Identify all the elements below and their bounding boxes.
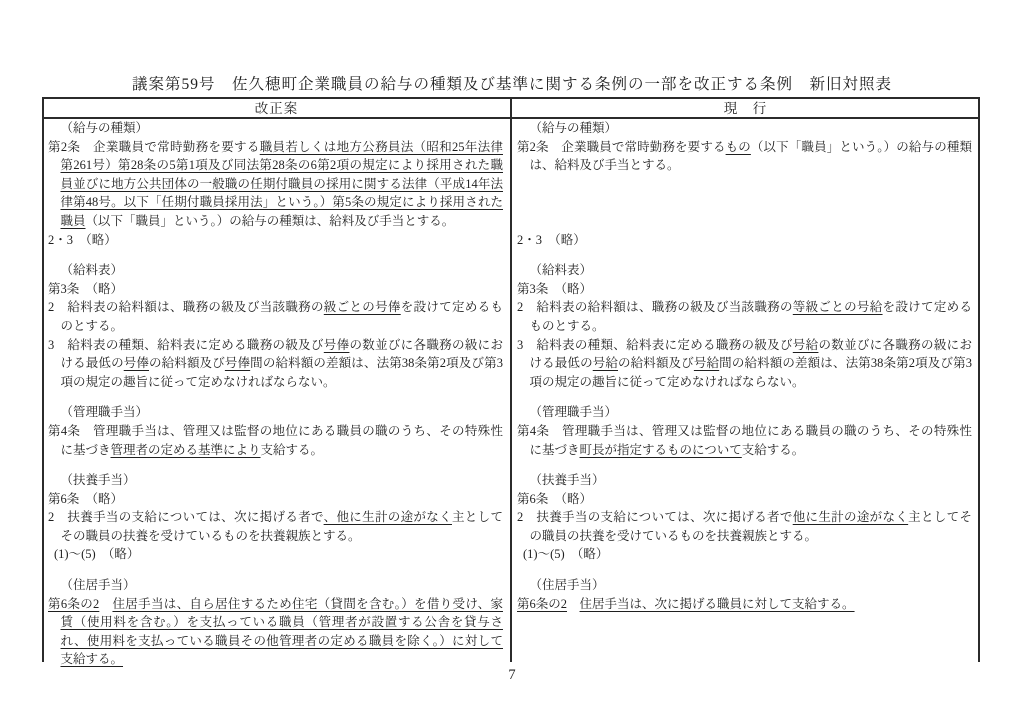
- amended-section-label-managerial-allowance: （管理職手当）: [42, 403, 511, 422]
- text-segment: 第2条 企業職員で常時勤務を要する: [517, 140, 726, 154]
- current-article3-item3: 3 給料表の種類、給料表に定める職務の級及び号給の数並びに各職務の級における最低…: [511, 336, 980, 392]
- amended-paragraphs-2-3-omitted: 2・3 （略）: [42, 231, 511, 250]
- table-row: （給料表） （給料表）: [42, 261, 980, 280]
- text-segment: 2・3 （略）: [48, 233, 117, 247]
- amended-article3-item2: 2 給料表の給料額は、職務の級及び当該職務の級ごとの号俸を設けて定めるものとする…: [42, 298, 511, 335]
- current-section-label-salary-table: （給料表）: [511, 261, 980, 280]
- current-article6-item2: 2 扶養手当の支給については、次に掲げる者で他に生計の途がなく主としてその職員の…: [511, 508, 980, 545]
- table-row: 第6条の2 住居手当は、自ら居住するため住宅（貸間を含む。）を借り受け、家賃（使…: [42, 595, 980, 669]
- text-segment: 第3条 （略）: [48, 282, 123, 296]
- text-segment: 2 給料表の給料額は、職務の級及び当該職務の: [48, 300, 324, 314]
- table-body: （給与の種類） （給与の種類） 第2条 企業職員で常時勤務を要する職員若しくは地…: [42, 97, 980, 669]
- revised-text-underlined: もの: [726, 140, 751, 154]
- revised-text-underlined: 住居手当は、次に掲げる職員に対して支給する。: [580, 597, 855, 611]
- text-segment: （住居手当）: [530, 578, 605, 592]
- revised-text-underlined: 、他に生計の途がなく: [324, 510, 452, 524]
- text-segment: の給料額及び: [618, 356, 694, 370]
- table-row: 第6条 （略） 第6条 （略）: [42, 490, 980, 509]
- text-segment: 2 給料表の給料額は、職務の級及び当該職務の: [517, 300, 793, 314]
- text-segment: （管理職手当）: [530, 405, 618, 419]
- amended-section-label-salary-table: （給料表）: [42, 261, 511, 280]
- text-segment: 3 給料表の種類、給料表に定める職務の級及び: [517, 338, 793, 352]
- document-page: 議案第59号 佐久穂町企業職員の給与の種類及び基準に関する条例の一部を改正する条…: [0, 0, 1024, 724]
- revised-text-underlined: 号給: [593, 356, 618, 370]
- table-row: 2 給料表の給料額は、職務の級及び当該職務の級ごとの号俸を設けて定めるものとする…: [42, 298, 980, 335]
- current-section-label-housing-allowance: （住居手当）: [511, 576, 980, 595]
- text-segment: 支給する。: [261, 443, 324, 457]
- revised-text-underlined: 他に生計の途がなく: [793, 510, 908, 524]
- text-segment: 2 扶養手当の支給については、次に掲げる者で: [517, 510, 793, 524]
- revised-text-underlined: 号俸: [324, 338, 350, 352]
- text-segment: (1)～(5) （略）: [54, 547, 139, 561]
- revised-text-underlined: 第6条の2: [48, 597, 99, 611]
- revised-text-underlined: 号給: [793, 338, 819, 352]
- table-row: （扶養手当） （扶養手当）: [42, 471, 980, 490]
- current-paragraphs-2-3-omitted: 2・3 （略）: [511, 231, 980, 250]
- amended-section-label-salary-types: （給与の種類）: [42, 119, 511, 138]
- table-row: 第2条 企業職員で常時勤務を要する職員若しくは地方公務員法（昭和25年法律第26…: [42, 138, 980, 231]
- table-row: （給与の種類） （給与の種類）: [42, 119, 980, 138]
- current-section-label-dependent-allowance: （扶養手当）: [511, 471, 980, 490]
- current-article2-paragraph: 第2条 企業職員で常時勤務を要するもの（以下「職員」という。）の給与の種類は、給…: [511, 138, 980, 231]
- revised-text-underlined: 等級ごとの号給: [793, 300, 883, 314]
- text-segment: （給料表）: [530, 263, 593, 277]
- text-segment: 支給する。: [742, 443, 805, 457]
- text-segment: の給料額及び: [149, 356, 225, 370]
- text-segment: 2 扶養手当の支給については、次に掲げる者で: [48, 510, 324, 524]
- text-segment: 第6条 （略）: [517, 492, 592, 506]
- text-segment: 2・3 （略）: [517, 233, 586, 247]
- revised-text-underlined: 町長が指定するものについて: [580, 443, 742, 457]
- current-section-label-salary-types: （給与の種類）: [511, 119, 980, 138]
- current-items-1-5-omitted: (1)～(5) （略）: [511, 545, 980, 564]
- table-row: 2 扶養手当の支給については、次に掲げる者で、他に生計の途がなく主としてその職員…: [42, 508, 980, 545]
- comparison-table: 改正案 現 行 （給与の種類） （給与の種類） 第2条 企業職員で常時勤務を要す…: [42, 97, 980, 669]
- text-segment: [99, 597, 112, 611]
- current-article3-omitted: 第3条 （略）: [511, 280, 980, 299]
- text-segment: 3 給料表の種類、給料表に定める職務の級及び: [48, 338, 324, 352]
- table-row: （管理職手当） （管理職手当）: [42, 403, 980, 422]
- current-section-label-managerial-allowance: （管理職手当）: [511, 403, 980, 422]
- text-segment: (1)～(5) （略）: [523, 547, 608, 561]
- revised-text-underlined: 号俸: [124, 356, 149, 370]
- text-segment: 第3条 （略）: [517, 282, 592, 296]
- table-row: （住居手当） （住居手当）: [42, 576, 980, 595]
- current-article3-item2: 2 給料表の給料額は、職務の級及び当該職務の等級ごとの号給を設けて定めるものとす…: [511, 298, 980, 335]
- text-segment: （住居手当）: [61, 578, 136, 592]
- page-number: 7: [0, 667, 1024, 684]
- amended-items-1-5-omitted: (1)～(5) （略）: [42, 545, 511, 564]
- text-segment: （管理職手当）: [61, 405, 149, 419]
- text-segment: 第2条 企業職員で常時勤務を要する: [48, 140, 260, 154]
- revised-text-underlined: 第6条の2: [517, 597, 567, 611]
- text-segment: （扶養手当）: [61, 473, 136, 487]
- revised-text-underlined: 号給: [694, 356, 719, 370]
- current-article4-paragraph: 第4条 管理職手当は、管理又は監督の地位にある職員の職のうち、その特殊性に基づき…: [511, 422, 980, 459]
- document-title: 議案第59号 佐久穂町企業職員の給与の種類及び基準に関する条例の一部を改正する条…: [0, 72, 1024, 94]
- text-segment: （給料表）: [61, 263, 124, 277]
- current-article6-2-paragraph: 第6条の2 住居手当は、次に掲げる職員に対して支給する。: [511, 595, 980, 669]
- amended-article6-2-paragraph: 第6条の2 住居手当は、自ら居住するため住宅（貸間を含む。）を借り受け、家賃（使…: [42, 595, 511, 669]
- table-row: 2・3 （略） 2・3 （略）: [42, 231, 980, 250]
- current-article6-omitted: 第6条 （略）: [511, 490, 980, 509]
- table-row: (1)～(5) （略） (1)～(5) （略）: [42, 545, 980, 564]
- text-segment: （給与の種類）: [530, 121, 618, 135]
- text-segment: （扶養手当）: [530, 473, 605, 487]
- amended-article2-paragraph: 第2条 企業職員で常時勤務を要する職員若しくは地方公務員法（昭和25年法律第26…: [42, 138, 511, 231]
- amended-section-label-housing-allowance: （住居手当）: [42, 576, 511, 595]
- amended-article6-omitted: 第6条 （略）: [42, 490, 511, 509]
- amended-article6-item2: 2 扶養手当の支給については、次に掲げる者で、他に生計の途がなく主としてその職員…: [42, 508, 511, 545]
- amended-article3-omitted: 第3条 （略）: [42, 280, 511, 299]
- text-segment: （給与の種類）: [61, 121, 149, 135]
- text-segment: [567, 597, 580, 611]
- revised-text-underlined: 住居手当は、自ら居住するため住宅（貸間を含む。）を借り受け、家賃（使用料を含む。…: [61, 597, 504, 667]
- amended-article4-paragraph: 第4条 管理職手当は、管理又は監督の地位にある職員の職のうち、その特殊性に基づき…: [42, 422, 511, 459]
- amended-section-label-dependent-allowance: （扶養手当）: [42, 471, 511, 490]
- text-segment: （以下「職員」という。）の給与の種類は、給料及び手当とする。: [86, 214, 455, 228]
- revised-text-underlined: 管理者の定める基準により: [111, 443, 261, 457]
- table-row: 第3条 （略） 第3条 （略）: [42, 280, 980, 299]
- revised-text-underlined: 級ごとの号俸: [324, 300, 401, 314]
- text-segment: 第6条 （略）: [48, 492, 123, 506]
- amended-article3-item3: 3 給料表の種類、給料表に定める職務の級及び号俸の数並びに各職務の級における最低…: [42, 336, 511, 392]
- revised-text-underlined: 号俸: [225, 356, 250, 370]
- table-row: 第4条 管理職手当は、管理又は監督の地位にある職員の職のうち、その特殊性に基づき…: [42, 422, 980, 459]
- table-row: 3 給料表の種類、給料表に定める職務の級及び号俸の数並びに各職務の級における最低…: [42, 336, 980, 392]
